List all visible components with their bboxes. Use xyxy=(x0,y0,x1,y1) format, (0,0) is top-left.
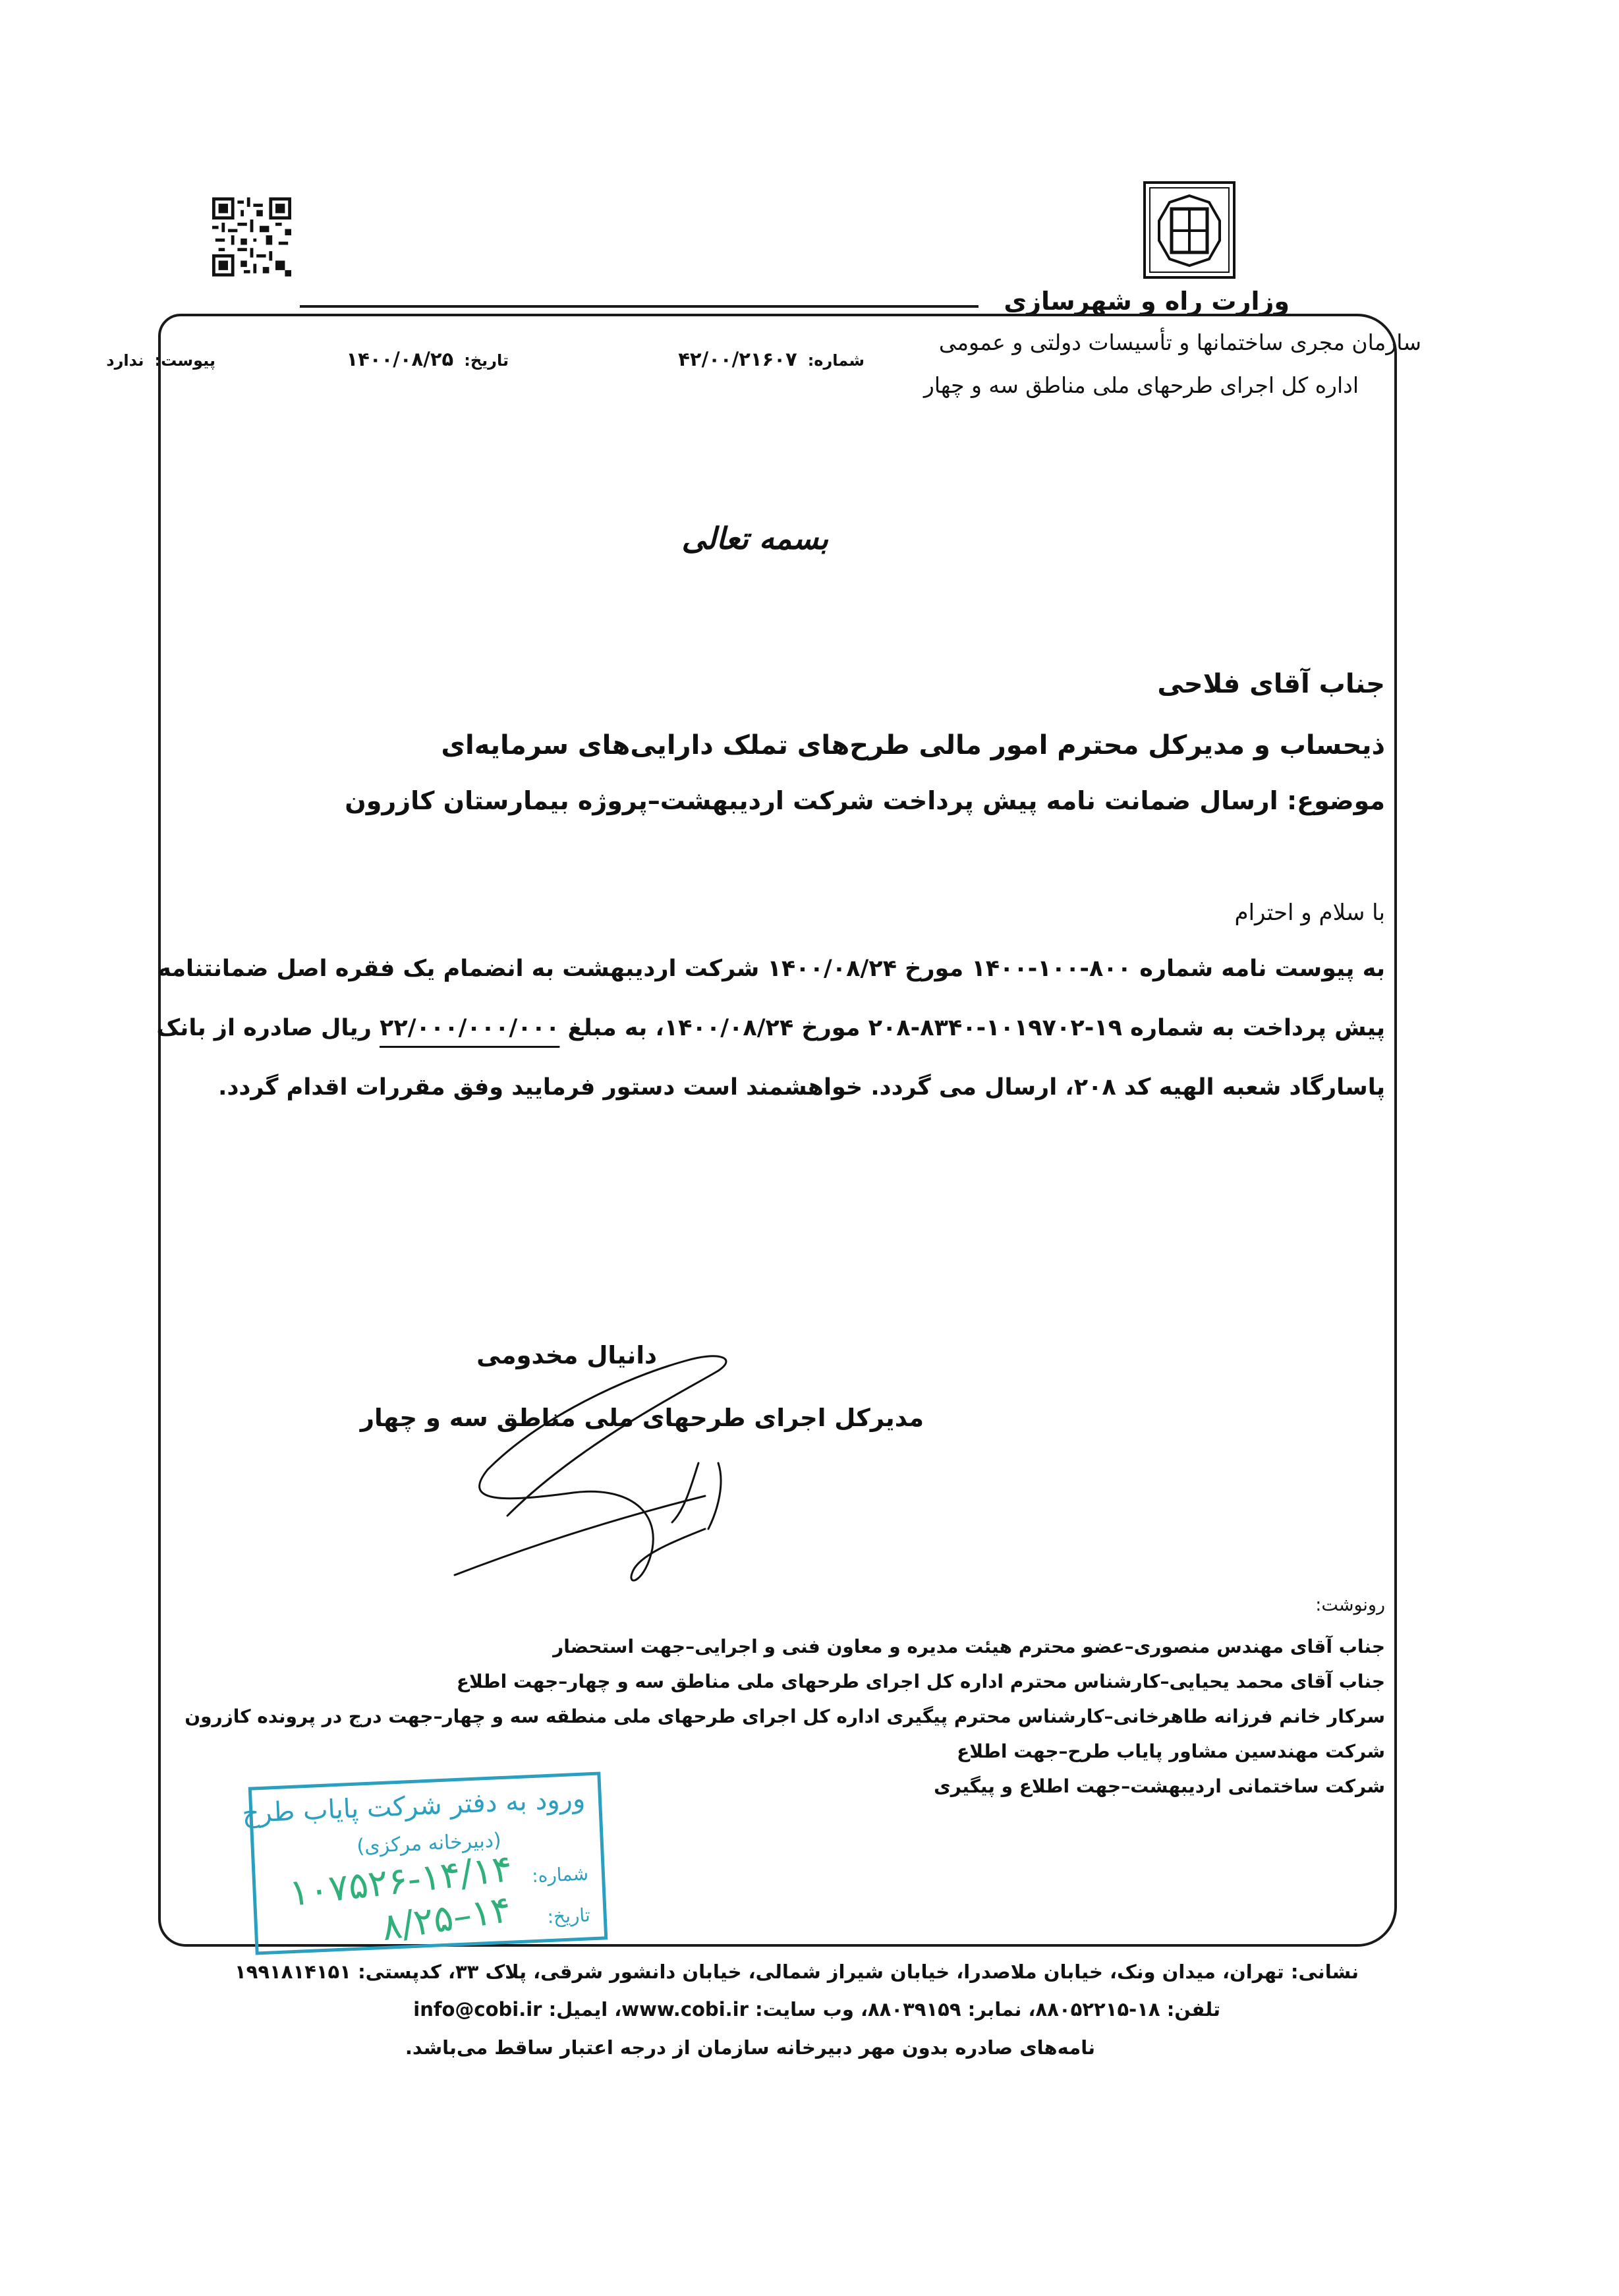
stamp-date-label: تاریخ: xyxy=(547,1904,591,1928)
letter-body: به پیوست نامه شماره ۸۰۰-۱۰۰-۱۴۰۰ مورخ ۱۴… xyxy=(146,939,1385,1117)
letter-date: تاریخ:۱۴۰۰/۰۸/۲۵ xyxy=(346,348,509,370)
receipt-stamp: ورود به دفتر شرکت پایاب طرح (دبیرخانه مر… xyxy=(248,1771,608,1955)
organization-name: سازمان مجری ساختمانها و تأسیسات دولتی و … xyxy=(939,330,1421,355)
footer-address: نشانی: تهران، میدان ونک، خیابان ملاصدرا،… xyxy=(235,1961,1359,1983)
letter-number: شماره:۴۲/۰۰/۲۱۶۰۷ xyxy=(678,348,865,370)
addressee-title: ذیحساب و مدیرکل محترم امور مالی طرح‌های … xyxy=(441,730,1385,761)
cc-item: شرکت مهندسین مشاور پایاب طرح–جهت اطلاع xyxy=(331,1734,1385,1769)
cc-item: سرکار خانم فرزانه طاهرخانی–کارشناس محترم… xyxy=(331,1699,1385,1734)
attachment-label: پیوست: xyxy=(155,351,215,370)
header-divider xyxy=(300,305,979,308)
department-name: اداره کل اجرای طرحهای ملی مناطق سه و چها… xyxy=(924,372,1359,398)
stamp-number-label: شماره: xyxy=(531,1862,588,1887)
attachment-value: ندارد xyxy=(106,351,144,370)
stamp-title: ورود به دفتر شرکت پایاب طرح xyxy=(242,1784,586,1829)
greeting: با سلام و احترام xyxy=(1235,900,1385,926)
letter-attachment: پیوست:ندارد xyxy=(106,348,215,370)
cc-item: جناب آقای محمد یحیایی–کارشناس محترم ادار… xyxy=(331,1664,1385,1699)
invocation: بسمه تعالی xyxy=(682,521,828,556)
qr-code-icon xyxy=(212,196,291,278)
letter-date-label: تاریخ: xyxy=(464,351,509,370)
window-octagon-emblem-icon xyxy=(1143,181,1236,279)
cc-item: جناب آقای مهندس منصوری–عضو محترم هیئت مد… xyxy=(331,1629,1385,1664)
letter-number-label: شماره: xyxy=(808,351,865,370)
guarantee-amount: ۲۲/۰۰۰/۰۰۰/۰۰۰ xyxy=(380,1015,559,1041)
footer-note: نامه‌های صادره بدون مهر دبیرخانه سازمان … xyxy=(405,2036,1095,2059)
cc-label: رونوشت: xyxy=(1315,1595,1385,1615)
subject-line: موضوع: ارسال ضمانت نامه پیش پرداخت شرکت … xyxy=(345,786,1385,815)
addressee: جناب آقای فلاحی xyxy=(1157,669,1385,699)
letter-date-value: ۱۴۰۰/۰۸/۲۵ xyxy=(346,348,453,370)
handwritten-signature-icon xyxy=(409,1311,778,1588)
ministry-name: وزارت راه و شهرسازی xyxy=(1004,287,1290,316)
letter-number-value: ۴۲/۰۰/۲۱۶۰۷ xyxy=(678,348,797,370)
footer-contact: تلفن: ۱۸-۸۸۰۵۲۲۱۵، نمابر: ۸۸۰۳۹۱۵۹، وب س… xyxy=(413,1998,1220,2021)
